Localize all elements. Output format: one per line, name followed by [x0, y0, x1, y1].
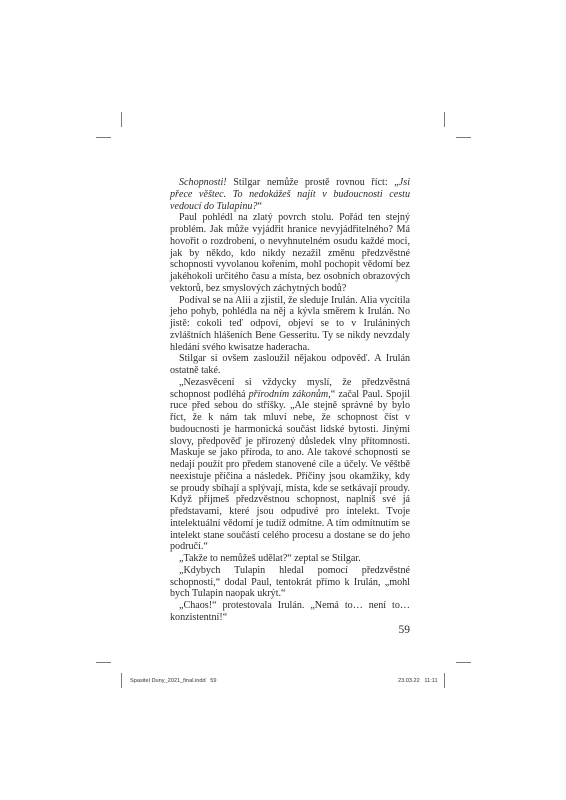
crop-mark-top-right-vertical: [444, 112, 445, 127]
page-number: 59: [370, 624, 410, 636]
paragraph: Stilgar si ovšem zasloužil nějakou odpov…: [170, 353, 410, 377]
text-run: Stilgar nemůže prostě rovnou říct: „: [227, 177, 399, 188]
slug-file-name: Spasitel Duny_2021_final.indd 59: [130, 678, 216, 684]
paragraph: Podíval se na Alii a zjistil, že sleduje…: [170, 295, 410, 354]
text-run: ,“ začal Paul. Spojil ruce před sebou do…: [170, 389, 410, 553]
crop-mark-top-right-horizontal: [456, 137, 471, 138]
text-run: „Takže to nemůžeš udělat?“ zeptal se Sti…: [179, 553, 361, 564]
italic-text: přírodním zákonům: [249, 389, 329, 400]
crop-mark-top-left-horizontal: [96, 137, 111, 138]
crop-mark-bottom-left-vertical: [121, 673, 122, 688]
crop-mark-bottom-left-horizontal: [96, 662, 111, 663]
text-run: Podíval se na Alii a zjistil, že sleduje…: [170, 295, 410, 353]
text-run: “: [257, 201, 261, 212]
paragraph: „Nezasvěcení si vždycky myslí, že předzv…: [170, 377, 410, 553]
paragraph: Paul pohlédl na zlatý povrch stolu. Pořá…: [170, 212, 410, 294]
italic-text: Schopnosti!: [179, 177, 227, 188]
slug-date-time: 23.03.22 11:11: [398, 678, 438, 684]
body-text: Schopnosti! Stilgar nemůže prostě rovnou…: [170, 177, 410, 624]
crop-mark-bottom-right-vertical: [444, 673, 445, 688]
paragraph: „Takže to nemůžeš udělat?“ zeptal se Sti…: [170, 553, 410, 565]
paragraph: Schopnosti! Stilgar nemůže prostě rovnou…: [170, 177, 410, 212]
paragraph: „Chaos!“ protestovala Irulán. „Nemá to… …: [170, 600, 410, 624]
text-run: Stilgar si ovšem zasloužil nějakou odpov…: [170, 353, 410, 376]
crop-mark-top-left-vertical: [121, 112, 122, 127]
text-run: „Kdybych Tulapin hledal pomocí předzvěst…: [170, 565, 410, 600]
paragraph: „Kdybych Tulapin hledal pomocí předzvěst…: [170, 565, 410, 600]
text-run: Paul pohlédl na zlatý povrch stolu. Pořá…: [170, 212, 410, 294]
text-run: „Chaos!“ protestovala Irulán. „Nemá to… …: [170, 600, 410, 623]
crop-mark-bottom-right-horizontal: [456, 662, 471, 663]
